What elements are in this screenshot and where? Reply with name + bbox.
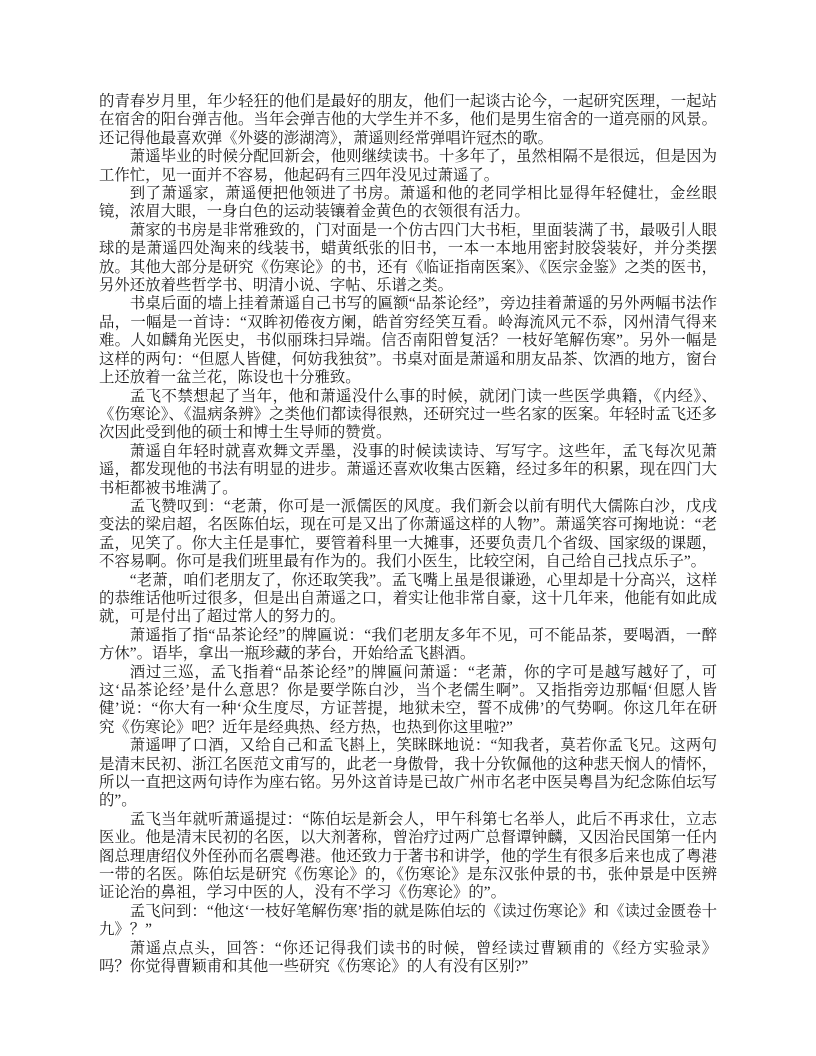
paragraph: 孟飞问到：“他这‘一枝好笔解伤寒’指的就是陈伯坛的《读过伤寒论》和《读过金匮卷十… (99, 903, 717, 940)
paragraph: 孟飞不禁想起了当年，他和萧遥没什么事的时候，就闭门读一些医学典籍，《内经》、《伤… (99, 388, 717, 443)
paragraph: 酒过三巡，孟飞指着“品茶论经”的牌匾问萧遥：“老萧，你的字可是越写越好了，可这‘… (99, 664, 717, 738)
document-page: 的青春岁月里，年少轻狂的他们是最好的朋友，他们一起谈古论今，一起研究医理，一起站… (0, 0, 816, 1056)
paragraph: 萧遥点点头，回答：“你还记得我们读书的时候，曾经读过曹颖甫的《经方实验录》吗？你… (99, 940, 717, 977)
document-body: 的青春岁月里，年少轻狂的他们是最好的朋友，他们一起谈古论今，一起研究医理，一起站… (99, 93, 717, 977)
paragraph: 萧遥指了指“品茶论经”的牌匾说：“我们老朋友多年不见，可不能品茶，要喝酒，一醉方… (99, 627, 717, 664)
paragraph: “老萧，咱们老朋友了，你还取笑我”。孟飞嘴上虽是很谦逊，心里却是十分高兴，这样的… (99, 572, 717, 627)
paragraph: 孟飞当年就听萧遥提过：“陈伯坛是新会人，甲午科第七名举人，此后不再求仕，立志医业… (99, 811, 717, 903)
paragraph: 孟飞赞叹到：“老萧，你可是一派儒医的风度。我们新会以前有明代大儒陈白沙，戊戌变法… (99, 498, 717, 572)
paragraph: 书桌后面的墙上挂着萧遥自己书写的匾额“品茶论经”，旁边挂着萧遥的另外两幅书法作品… (99, 295, 717, 387)
paragraph: 萧遥呷了口酒，又给自己和孟飞斟上，笑眯眯地说：“知我者，莫若你孟飞兄。这两句是清… (99, 737, 717, 811)
paragraph: 萧遥毕业的时候分配回新会，他则继续读书。十多年了，虽然相隔不是很远，但是因为工作… (99, 148, 717, 185)
paragraph: 的青春岁月里，年少轻狂的他们是最好的朋友，他们一起谈古论今，一起研究医理，一起站… (99, 93, 717, 148)
paragraph: 到了萧遥家，萧遥便把他领进了书房。萧遥和他的老同学相比显得年轻健壮，金丝眼镜，浓… (99, 185, 717, 222)
paragraph: 萧家的书房是非常雅致的，门对面是一个仿古四门大书柜，里面装满了书，最吸引人眼球的… (99, 222, 717, 296)
paragraph: 萧遥自年轻时就喜欢舞文弄墨，没事的时候读读诗、写写字。这些年，孟飞每次见萧遥，都… (99, 443, 717, 498)
